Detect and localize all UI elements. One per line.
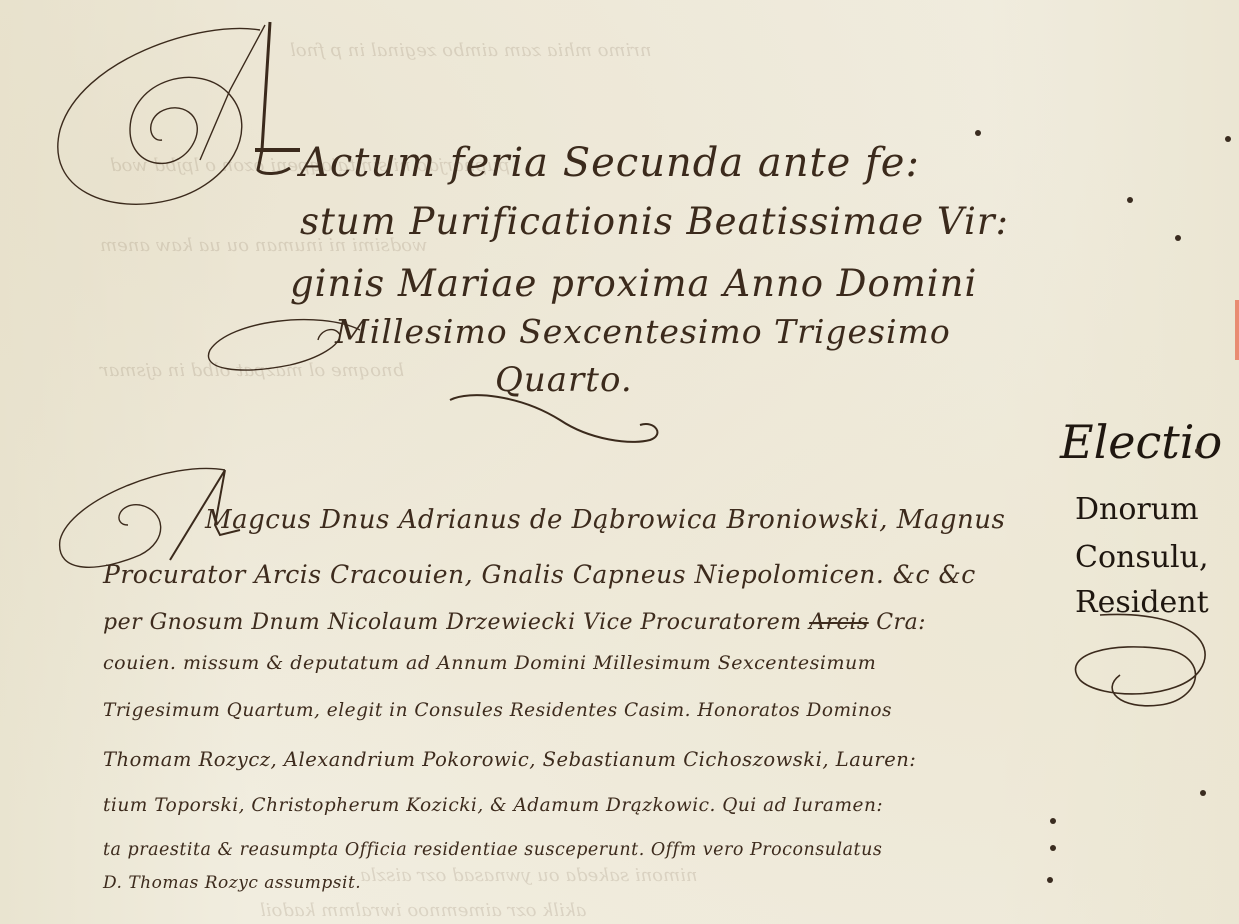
body-line-tail: Cra: [876, 610, 926, 635]
body-line-text: per Gnosum Dnum Nicolaum Drzewiecki Vice… [103, 610, 802, 635]
body-line: per Gnosum Dnum Nicolaum Drzewiecki Vice… [103, 610, 926, 635]
ink-spot [975, 130, 981, 136]
decorative-flourishes [0, 0, 1239, 924]
heading-line: Actum feria Secunda ante fe: [300, 140, 920, 186]
margin-note-line: Consulu, [1075, 540, 1209, 575]
struck-word: Arcis [809, 610, 869, 635]
ink-spot [1225, 136, 1231, 142]
margin-note-title: Electio [1060, 415, 1222, 469]
body-line: couien. missum & deputatum ad Annum Domi… [103, 652, 876, 674]
heading-line: Millesimo Sexcentesimo Trigesimo [335, 312, 951, 351]
ink-spot [1050, 818, 1056, 824]
body-line: Magcus Dnus Adrianus de Dąbrowica Bronio… [205, 505, 1005, 535]
ink-spot [1127, 197, 1133, 203]
bleed-through-text: nrimo mhia zam aimbo zeginal in p fnol [290, 40, 651, 61]
ink-spot [1200, 790, 1206, 796]
ink-spot [1195, 448, 1201, 454]
body-line: D. Thomas Rozyc assumpsit. [103, 873, 361, 893]
margin-note-line: Dnorum [1075, 492, 1199, 527]
ink-spot [1050, 845, 1056, 851]
bleed-through-text: akilk ozr aimemnoo iwralmm kadoil [260, 900, 586, 921]
body-line: Trigesimum Quartum, elegit in Consules R… [103, 700, 892, 721]
ink-spot [1175, 235, 1181, 241]
heading-line: ginis Mariae proxima Anno Domini [290, 262, 977, 305]
body-line: ta praestita & reasumpta Officia residen… [103, 840, 882, 860]
margin-note-line: Resident [1075, 585, 1209, 620]
page-edge-mark [1235, 300, 1239, 360]
body-line: Procurator Arcis Cracouien, Gnalis Capne… [103, 560, 976, 589]
bleed-through-text: bnoqme ol mazpat olbd in ajsmar [100, 360, 404, 381]
heading-line: stum Purificationis Beatissimae Vir: [300, 200, 1009, 243]
bleed-through-text: nimoni sakeda ou ywnasad ozr aiszla [360, 865, 697, 886]
manuscript-page: nrimo mhia zam aimbo zeginal in p fnol p… [0, 0, 1239, 924]
body-line: Thomam Rozycz, Alexandrium Pokorowic, Se… [103, 748, 916, 771]
heading-line: Quarto. [495, 360, 633, 400]
ink-spot [1047, 877, 1053, 883]
body-line: tium Toporski, Christopherum Kozicki, & … [103, 795, 883, 816]
